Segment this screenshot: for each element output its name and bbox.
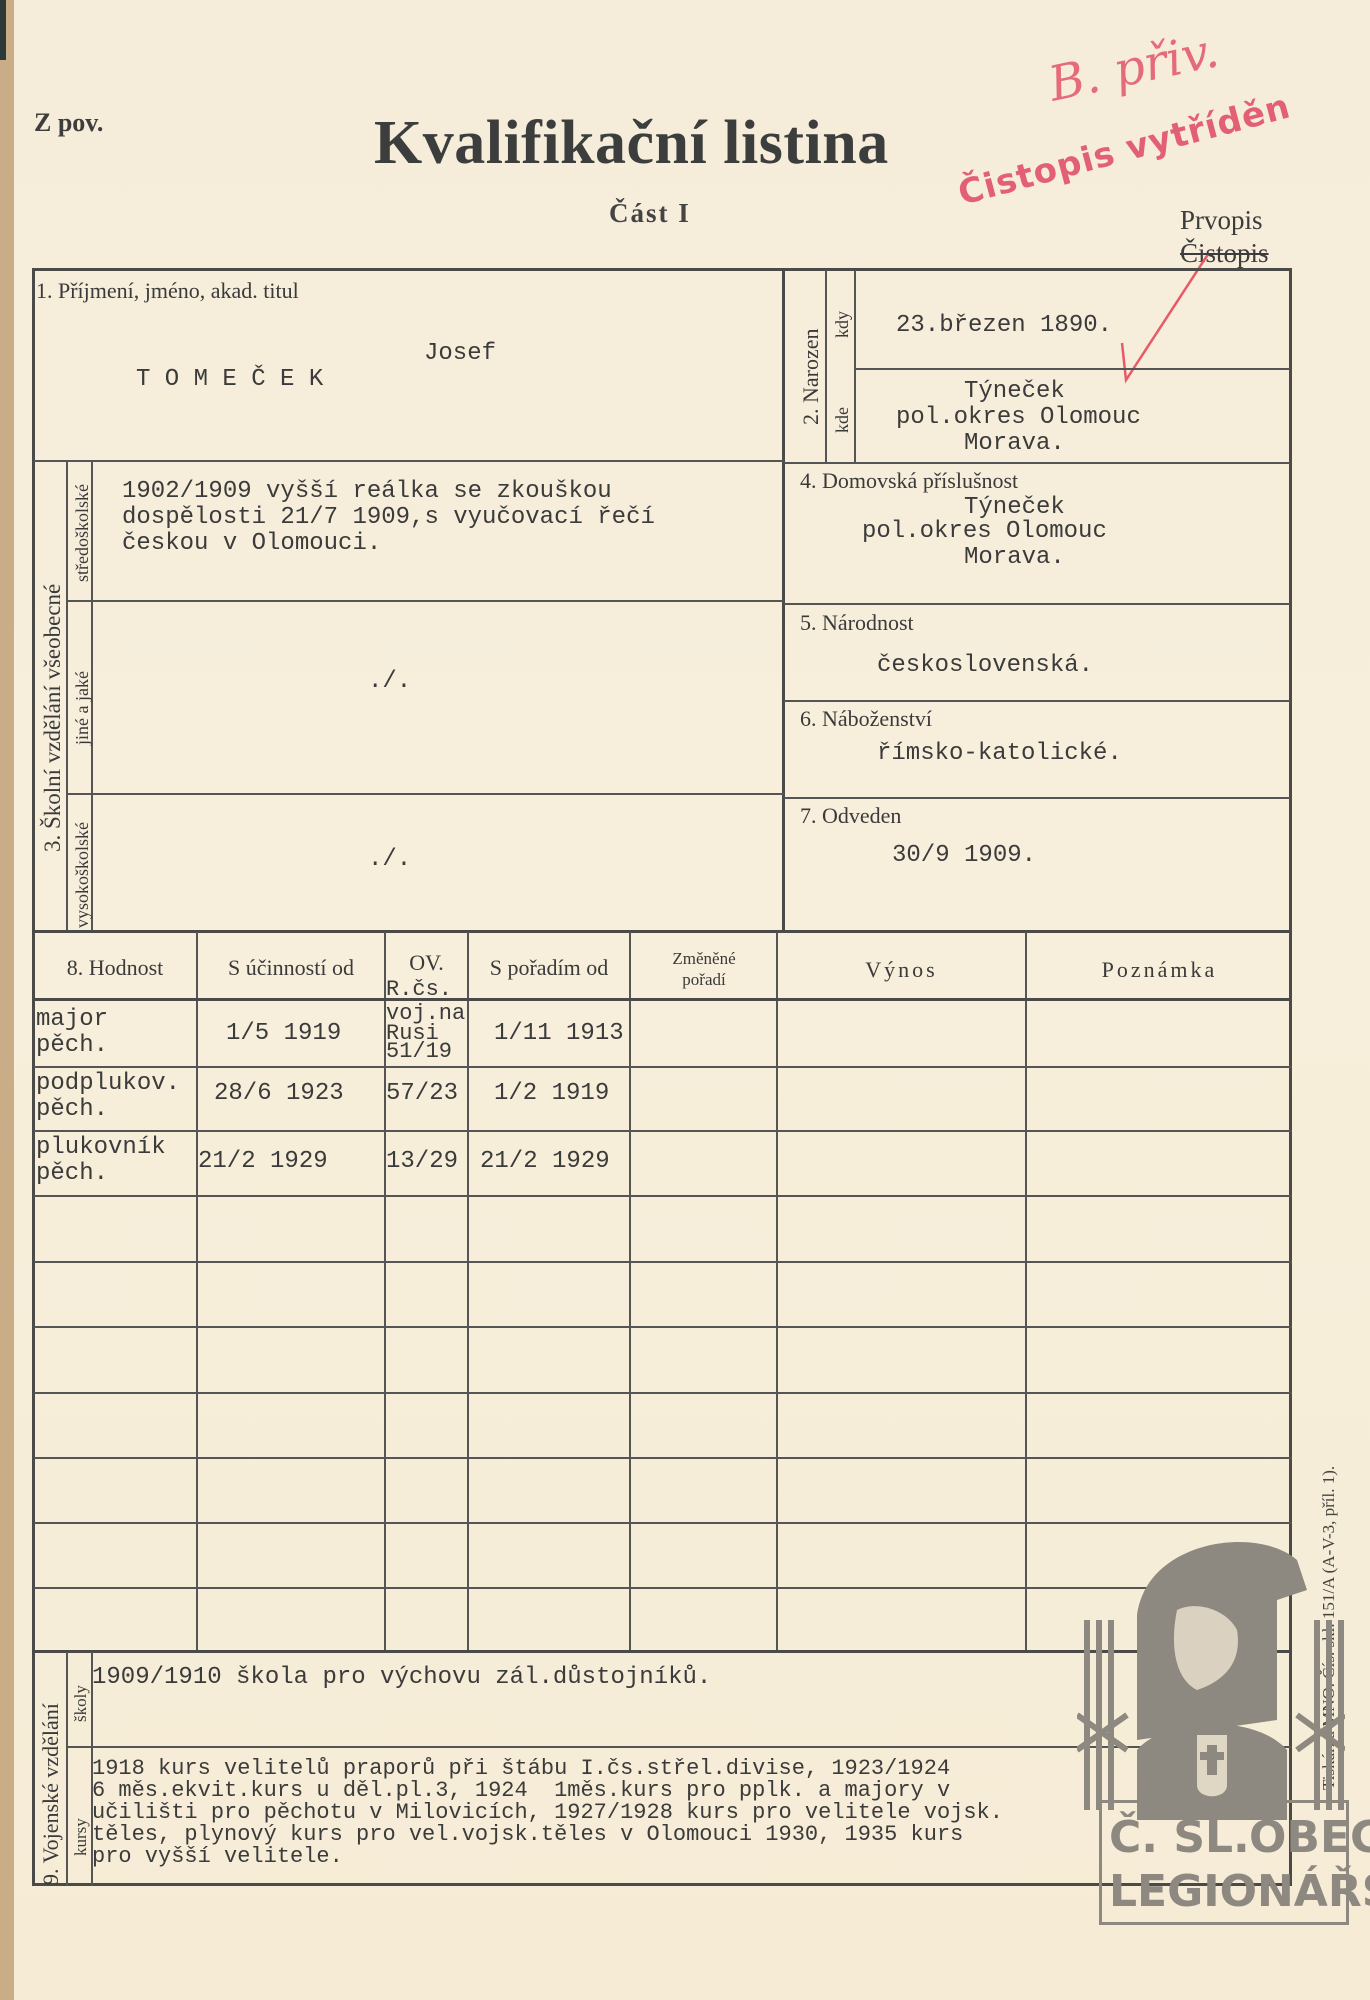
background-corner	[0, 0, 6, 60]
legion-emblem-logo: Č. SL. OBEC LEGIONÁŘSKÁ	[1077, 1520, 1345, 1965]
handwritten-note: B. přiv.	[1044, 22, 1223, 112]
domicile-line: Týneček	[964, 494, 1065, 521]
divider	[825, 270, 827, 464]
military-course-line: pro vyšší velitele.	[92, 1846, 343, 1868]
divider	[34, 1326, 1292, 1328]
secondary-school-line: 1902/1909 vyšší reálka se zkouškou	[122, 478, 612, 505]
other-school-label: jiné a jaké	[72, 671, 93, 745]
birth-place-line: Morava.	[964, 430, 1065, 457]
surname-value: T O M E Č E K	[136, 366, 323, 393]
university-label: vysokoškolské	[72, 822, 93, 928]
emblem-text-line1: Č. SL.	[1109, 1812, 1250, 1863]
rank-cell: plukovník	[36, 1134, 166, 1161]
column-header-note: Poznámka	[1027, 957, 1292, 983]
column-header-ov: OV.	[386, 950, 467, 976]
conscripted-value: 30/9 1909.	[892, 842, 1036, 869]
divider	[784, 700, 1290, 702]
rank-cell: pěch.	[36, 1032, 108, 1059]
first-name-value: Josef	[424, 340, 496, 367]
domicile-line: Morava.	[964, 544, 1065, 571]
section7-label: 7. Odveden	[800, 803, 901, 829]
military-course-line: 1918 kurs velitelů praporů při štábu I.č…	[92, 1758, 950, 1780]
born-where-label: kde	[832, 407, 853, 433]
birth-place-line: Týneček	[964, 378, 1065, 405]
effective-cell: 28/6 1923	[214, 1080, 344, 1107]
divider	[34, 930, 1292, 933]
nationality-value: československá.	[877, 652, 1093, 679]
secondary-school-label: středoškolské	[72, 484, 93, 582]
section4-label: 4. Domovská příslušnost	[800, 468, 1018, 494]
divider	[784, 462, 1290, 464]
effective-cell: 21/2 1929	[198, 1148, 328, 1175]
divider	[784, 797, 1290, 799]
military-course-line: učilišti pro pěchotu v Milovicích, 1927/…	[92, 1802, 1003, 1824]
section9-label: 9. Vojenské vzdělání	[38, 1703, 64, 1885]
column-header-decree: Výnos	[778, 957, 1025, 983]
section5-label: 5. Národnost	[800, 610, 914, 636]
effective-cell: 1/5 1919	[226, 1020, 341, 1047]
divider	[629, 932, 631, 1650]
divider	[856, 368, 1290, 370]
divider	[1025, 932, 1027, 1650]
rank-cell: pěch.	[36, 1096, 108, 1123]
column-header-seniority: S pořadím od	[469, 955, 629, 981]
military-course-line: těles, plynový kurs pro vel.vojsk.těles …	[92, 1824, 963, 1846]
seniority-cell: 1/2 1919	[494, 1080, 609, 1107]
column-header-rank: 8. Hodnost	[34, 955, 196, 981]
column-header-effective: S účinností od	[198, 955, 384, 981]
divider	[467, 932, 469, 1650]
divider	[66, 1652, 68, 1886]
ov-cell: 57/23	[386, 1080, 458, 1107]
divider	[196, 932, 198, 1650]
document-part: Část I	[609, 198, 691, 229]
divider	[34, 1066, 1292, 1068]
rank-cell: pěch.	[36, 1160, 108, 1187]
divider	[854, 270, 856, 464]
birth-place-line: pol.okres Olomouc	[896, 404, 1141, 431]
divider	[68, 600, 784, 602]
ov-cell: 51/19	[386, 1038, 452, 1065]
born-when-label: kdy	[832, 311, 853, 338]
university-value: ./.	[368, 846, 411, 873]
prvopis-label: Prvopis	[1180, 205, 1263, 236]
divider	[34, 998, 1292, 1001]
divider	[34, 1195, 1292, 1197]
seniority-cell: 1/11 1913	[494, 1020, 624, 1047]
religion-value: římsko-katolické.	[877, 740, 1122, 767]
divider	[34, 1261, 1292, 1263]
document-page: Z pov. Kvalifikační listina Část I Prvop…	[14, 0, 1370, 2000]
document-title: Kvalifikační listina	[374, 108, 889, 179]
column-header-changed-order: Změněné pořadí	[654, 948, 754, 990]
divider	[66, 462, 68, 930]
military-schools-value: 1909/1910 škola pro výchovu zál.důstojní…	[92, 1664, 711, 1691]
divider	[34, 1392, 1292, 1394]
section6-label: 6. Náboženství	[800, 706, 932, 732]
divider	[34, 460, 784, 462]
rank-cell: podplukov.	[36, 1070, 180, 1097]
domicile-line: pol.okres Olomouc	[862, 518, 1107, 545]
birth-date-value: 23.březen 1890.	[896, 312, 1112, 339]
ov-cell: 13/29	[386, 1148, 458, 1175]
divider	[34, 1457, 1292, 1459]
divider	[784, 603, 1290, 605]
soldier-helmet-icon	[1077, 1520, 1345, 1820]
other-school-value: ./.	[368, 668, 411, 695]
schools-label: školy	[71, 1685, 91, 1722]
military-course-line: 6 měs.ekvit.kurs u děl.pl.3, 1924 1měs.k…	[92, 1780, 950, 1802]
emblem-text-line1b: OBEC	[1249, 1812, 1370, 1863]
section2-label: 2. Narozen	[798, 328, 824, 425]
secondary-school-line: českou v Olomouci.	[122, 530, 381, 557]
ov-cell: R.čs.	[386, 976, 452, 1003]
section3-label: 3. Školní vzdělání všeobecné	[40, 584, 66, 852]
divider	[34, 1130, 1292, 1132]
seniority-cell: 21/2 1929	[480, 1148, 610, 1175]
section1-label: 1. Příjmení, jméno, akad. titul	[36, 278, 299, 304]
z-pov-label: Z pov.	[34, 108, 103, 138]
rank-cell: major	[36, 1006, 108, 1033]
courses-label: kursy	[71, 1818, 91, 1856]
secondary-school-line: dospělosti 21/7 1909,s vyučovací řečí	[122, 504, 655, 531]
divider	[68, 793, 784, 795]
emblem-text-line2: LEGIONÁŘSKÁ	[1109, 1866, 1370, 1917]
divider	[776, 932, 778, 1650]
red-stamp: Čistopis vytříděn	[954, 86, 1295, 213]
